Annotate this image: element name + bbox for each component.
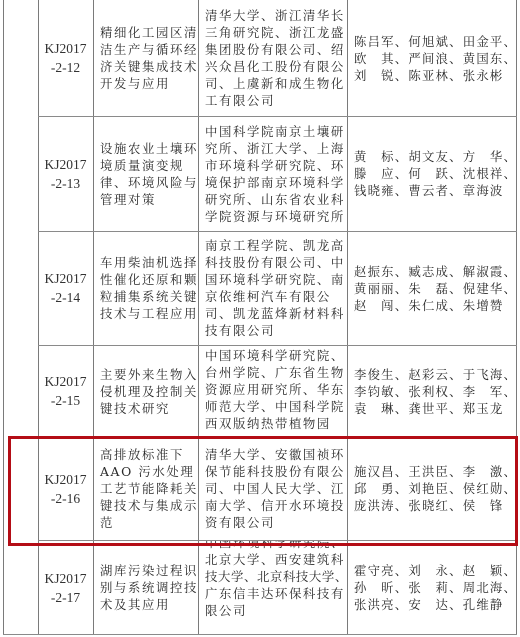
table-row: KJ2017 -2-12 精细化工园区清 洁生产与循环经 济关键集成技术 开发与… [0,0,520,116]
code-line: -2-17 [51,588,80,607]
text-line: 清华大学、浙江清华长 [205,7,345,24]
project-code: KJ2017 -2-17 [38,541,93,634]
text-line: 司、凯龙蓝烽新材料科 [205,305,345,322]
text-line: 研究所、山东省农业科 [205,191,345,208]
text-line: 兴众昌化工股份有限公 [205,58,345,75]
text-line: 律、环境风险与 [100,174,194,191]
table-row: KJ2017 -2-15 主要外来生物入 侵机理及控制关 键技术研究 中国环境科… [0,345,520,437]
text-line: 粒捕集系统关键 [100,288,194,305]
text-line: 主要外来生物入 [100,366,194,383]
text-line: 西双版纳热带植物园 [205,415,345,432]
text-line: 三角研究院、浙江龙盛 [205,24,345,41]
text-line: 开发与应用 [100,75,194,92]
text-line: 陈吕军、何旭斌、田金平、 [354,33,516,50]
text-line: 设施农业土壤环 [100,140,194,157]
text-line: 资源应用研究所、华东 [205,381,345,398]
text-line: 境质量演变规 [100,157,194,174]
text-line: 技术与工程应用 [100,305,194,322]
text-line: 台州学院、广东省生物 [205,364,345,381]
highlight-box [8,436,518,546]
text-line: 别与系统调控技 [100,579,194,596]
text-line: 科技股份有限公司、中 [205,254,345,271]
project-code: KJ2017 -2-13 [38,116,93,231]
text-line: 技有限公司 [205,322,345,339]
text-line: 霍守亮、刘 永、赵 颖、 [354,562,516,579]
text-line: 欧 其、严间浪、黄国东、 [354,50,516,67]
text-line: 侵机理及控制关 [100,383,194,400]
text-line: 黄丽丽、朱 磊、倪建华、 [354,280,516,297]
project-name: 车用柴油机选择 性催化还原和颗 粒捕集系统关键 技术与工程应用 [100,231,194,345]
organizations: 清华大学、浙江清华长 三角研究院、浙江龙盛 集团股份有限公司、绍 兴众昌化工股份… [205,0,345,116]
text-line: 术及其应用 [100,596,194,613]
text-line: 李钧敏、张利权、李 军、 [354,383,516,400]
text-line: 袁 琳、龚世平、郑玉龙 [354,400,516,417]
code-line: KJ2017 [44,569,86,588]
text-line: 京依维柯汽车有限公 [205,288,345,305]
code-line: -2-14 [51,288,80,307]
text-line: 性催化还原和颗 [100,271,194,288]
organizations: 中国环境科学研究院、 北京大学、西安建筑科 技大学、北京科技大学、 广东信丰达环… [205,541,345,619]
text-line: 北京大学、西安建筑科 [205,551,345,568]
text-line: 车用柴油机选择 [100,254,194,271]
text-line: 管理对策 [100,191,194,208]
code-line: KJ2017 [44,269,86,288]
text-line: 司、上虞新和成生物化 [205,75,345,92]
text-line: 工有限公司 [205,92,345,109]
text-line: 黄 标、胡文友、方 华、 [354,148,516,165]
text-line: 广东信丰达环保科技有 [205,585,345,602]
text-line: 孙 昕、张 莉、周北海、 [354,579,516,596]
text-line: 刘 锐、陈亚林、张永彬 [354,67,516,84]
code-line: -2-12 [51,58,80,77]
text-line: 南京工程学院、凯龙高 [205,237,345,254]
text-line: 技大学、北京科技大学、 [205,568,345,585]
text-line: 济关键集成技术 [100,58,194,75]
text-line: 市环境科学研究院、环 [205,157,345,174]
code-line: KJ2017 [44,39,86,58]
code-line: KJ2017 [44,372,86,391]
project-code: KJ2017 -2-15 [38,345,93,437]
organizations: 中国环境科学研究院、 台州学院、广东省生物 资源应用研究所、华东 师范大学、中国… [205,347,345,432]
project-name: 精细化工园区清 洁生产与循环经 济关键集成技术 开发与应用 [100,0,194,116]
table-row: KJ2017 -2-17 湖库污染过程识 别与系统调控技 术及其应用 中国环境科… [0,541,520,634]
text-line: 赵 闯、朱仁成、朱增赞 [354,297,516,314]
project-name: 设施农业土壤环 境质量演变规 律、环境风险与 管理对策 [100,116,194,231]
contributors: 李俊生、赵彩云、于飞海、 李钧敏、张利权、李 军、 袁 琳、龚世平、郑玉龙 [354,345,516,437]
text-line: 键技术研究 [100,400,194,417]
organizations: 中国科学院南京土壤研 究所、浙江大学、上海 市环境科学研究院、环 境保护部南京环… [205,116,345,231]
text-line: 究所、浙江大学、上海 [205,140,345,157]
text-line: 集团股份有限公司、绍 [205,41,345,58]
text-line: 赵振东、臧志成、解淑霞、 [354,263,516,280]
text-line: 境保护部南京环境科学 [205,174,345,191]
text-line: 精细化工园区清 [100,24,194,41]
text-line: 湖库污染过程识 [100,562,194,579]
text-line: 滕 应、何 跃、沈根祥、 [354,165,516,182]
text-line: 学院资源与环境研究所 [205,208,345,225]
text-line: 洁生产与循环经 [100,41,194,58]
table-row: KJ2017 -2-13 设施农业土壤环 境质量演变规 律、环境风险与 管理对策… [0,116,520,231]
table-row: KJ2017 -2-14 车用柴油机选择 性催化还原和颗 粒捕集系统关键 技术与… [0,231,520,345]
table-bottom-border [3,634,517,635]
text-line: 李俊生、赵彩云、于飞海、 [354,366,516,383]
project-code: KJ2017 -2-14 [38,231,93,345]
code-line: KJ2017 [44,155,86,174]
text-line: 国环境科学研究院、南 [205,271,345,288]
project-code: KJ2017 -2-12 [38,0,93,116]
code-line: -2-13 [51,174,80,193]
contributors: 霍守亮、刘 永、赵 颖、 孙 昕、张 莉、周北海、 张洪亮、安 达、孔维静 [354,541,516,634]
contributors: 赵振东、臧志成、解淑霞、 黄丽丽、朱 磊、倪建华、 赵 闯、朱仁成、朱增赞 [354,231,516,345]
contributors: 陈吕军、何旭斌、田金平、 欧 其、严间浪、黄国东、 刘 锐、陈亚林、张永彬 [354,0,516,116]
text-line: 限公司 [205,602,345,619]
code-line: -2-15 [51,391,80,410]
text-line: 中国科学院南京土壤研 [205,123,345,140]
text-line: 张洪亮、安 达、孔维静 [354,596,516,613]
contributors: 黄 标、胡文友、方 华、 滕 应、何 跃、沈根祥、 钱晓雍、曹云者、章海波 [354,116,516,231]
organizations: 南京工程学院、凯龙高 科技股份有限公司、中 国环境科学研究院、南 京依维柯汽车有… [205,231,345,345]
project-name: 主要外来生物入 侵机理及控制关 键技术研究 [100,345,194,437]
text-line: 中国环境科学研究院、 [205,347,345,364]
project-name: 湖库污染过程识 别与系统调控技 术及其应用 [100,541,194,634]
text-line: 钱晓雍、曹云者、章海波 [354,182,516,199]
text-line: 师范大学、中国科学院 [205,398,345,415]
